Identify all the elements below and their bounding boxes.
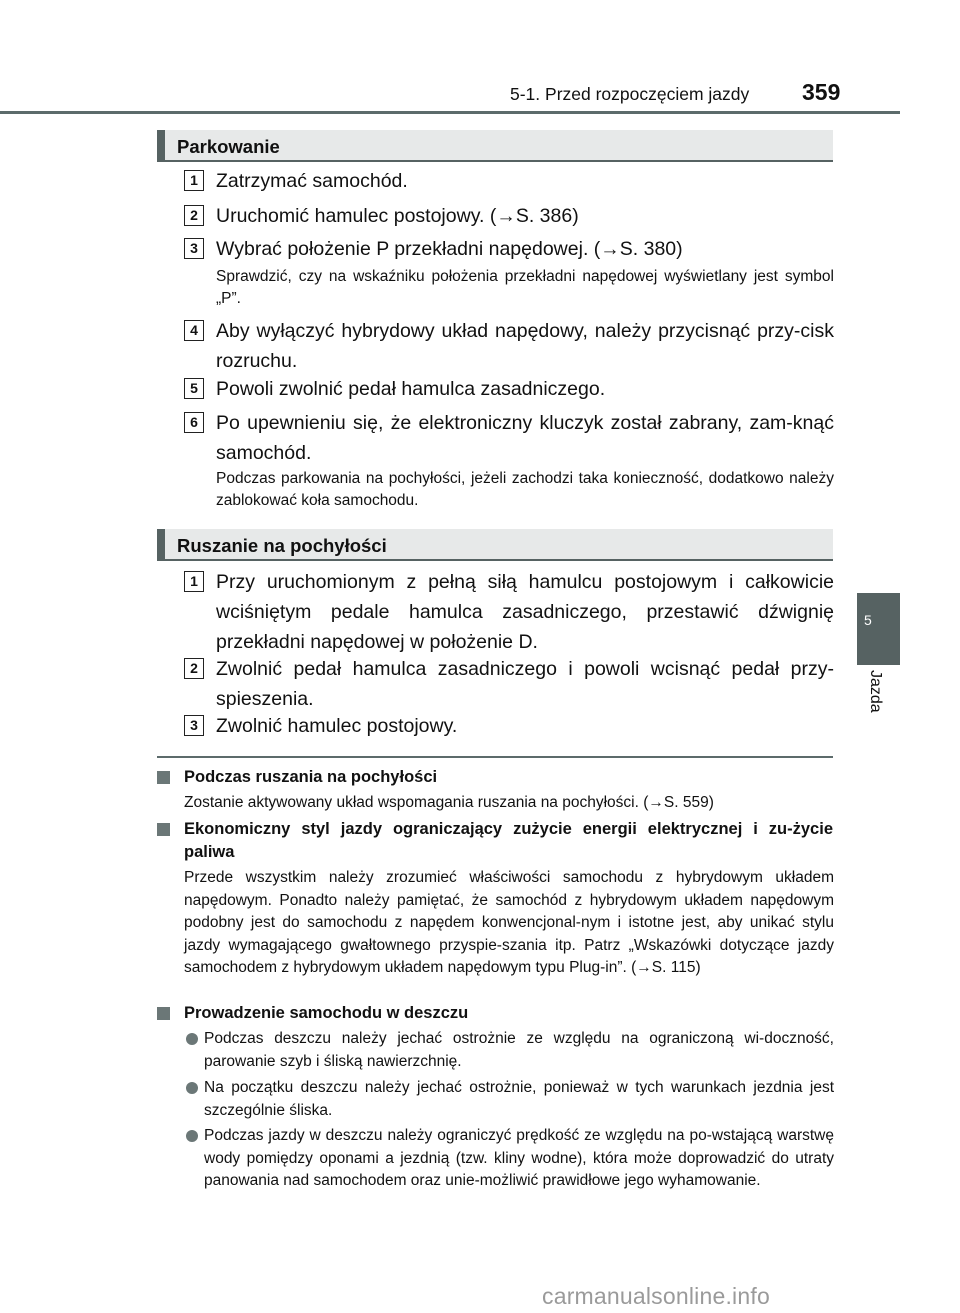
- parking-step: 2 Uruchomić hamulec postojowy. (→S. 386): [184, 201, 834, 231]
- step-number: 1: [184, 170, 204, 191]
- step-text: Aby wyłączyć hybrydowy układ napędowy, n…: [216, 316, 834, 376]
- parking-step: 3 Wybrać położenie P przekładni napędowe…: [184, 234, 834, 264]
- section-header-hill-start: Ruszanie na pochyłości: [157, 529, 833, 561]
- step-note: Sprawdzić, czy na wskaźniku położenia pr…: [216, 266, 834, 310]
- step-number: 6: [184, 412, 204, 433]
- section-title: Ruszanie na pochyłości: [177, 535, 387, 557]
- list-item: Podczas deszczu należy jechać ostrożnie …: [184, 1028, 834, 1073]
- parking-step: 5 Powoli zwolnić pedał hamulca zasadnicz…: [184, 374, 834, 404]
- step-text: Zatrzymać samochód.: [216, 166, 834, 196]
- step-number: 5: [184, 378, 204, 399]
- info-heading: Podczas ruszania na pochyłości: [157, 766, 833, 789]
- step-note: Podczas parkowania na pochyłości, jeżeli…: [216, 468, 834, 512]
- step-number: 2: [184, 658, 204, 679]
- round-bullet-icon: [186, 1033, 198, 1045]
- hill-start-step: 1 Przy uruchomionym z pełną siłą hamulcu…: [184, 567, 834, 657]
- watermark: carmanualsonline.info: [542, 1283, 770, 1310]
- section-header-parking: Parkowanie: [157, 130, 833, 162]
- page-number: 359: [802, 79, 840, 106]
- step-text: Zwolnić pedał hamulca zasadniczego i pow…: [216, 654, 834, 714]
- chapter-label: Jazda: [856, 670, 886, 750]
- list-item: Na początku deszczu należy jechać ostroż…: [184, 1077, 834, 1122]
- step-number: 4: [184, 320, 204, 341]
- step-text: Wybrać położenie P przekładni napędowej.…: [216, 234, 834, 264]
- square-bullet-icon: [157, 1007, 170, 1020]
- info-text: Przede wszystkim należy zrozumieć właści…: [184, 867, 834, 980]
- step-number: 2: [184, 205, 204, 226]
- chapter-number: 5: [864, 612, 872, 628]
- hill-start-step: 3 Zwolnić hamulec postojowy.: [184, 711, 834, 741]
- step-text: Po upewnieniu się, że elektroniczny kluc…: [216, 408, 834, 468]
- parking-step: 6 Po upewnieniu się, że elektroniczny kl…: [184, 408, 834, 468]
- step-number: 3: [184, 715, 204, 736]
- step-text: Zwolnić hamulec postojowy.: [216, 711, 834, 741]
- square-bullet-icon: [157, 771, 170, 784]
- header-section-title: 5-1. Przed rozpoczęciem jazdy: [510, 84, 749, 105]
- step-text: Przy uruchomionym z pełną siłą hamulcu p…: [216, 567, 834, 657]
- step-text: Uruchomić hamulec postojowy. (→S. 386): [216, 201, 834, 231]
- step-number: 1: [184, 571, 204, 592]
- hill-start-step: 2 Zwolnić pedał hamulca zasadniczego i p…: [184, 654, 834, 714]
- info-heading: Prowadzenie samochodu w deszczu: [157, 1002, 833, 1025]
- parking-step: 1 Zatrzymać samochód.: [184, 166, 834, 196]
- parking-step: 4 Aby wyłączyć hybrydowy układ napędowy,…: [184, 316, 834, 376]
- section-divider: [157, 756, 833, 758]
- round-bullet-icon: [186, 1130, 198, 1142]
- info-text: Zostanie aktywowany układ wspomagania ru…: [184, 792, 834, 815]
- list-item: Podczas jazdy w deszczu należy ograniczy…: [184, 1125, 834, 1193]
- header-rule: [0, 111, 900, 114]
- step-number: 3: [184, 238, 204, 259]
- round-bullet-icon: [186, 1082, 198, 1094]
- section-title: Parkowanie: [177, 136, 280, 158]
- step-text: Powoli zwolnić pedał hamulca zasadniczeg…: [216, 374, 834, 404]
- square-bullet-icon: [157, 823, 170, 836]
- page-header: 5-1. Przed rozpoczęciem jazdy 359: [0, 0, 960, 120]
- info-heading: Ekonomiczny styl jazdy ograniczający zuż…: [157, 818, 833, 864]
- chapter-tab[interactable]: [857, 593, 900, 665]
